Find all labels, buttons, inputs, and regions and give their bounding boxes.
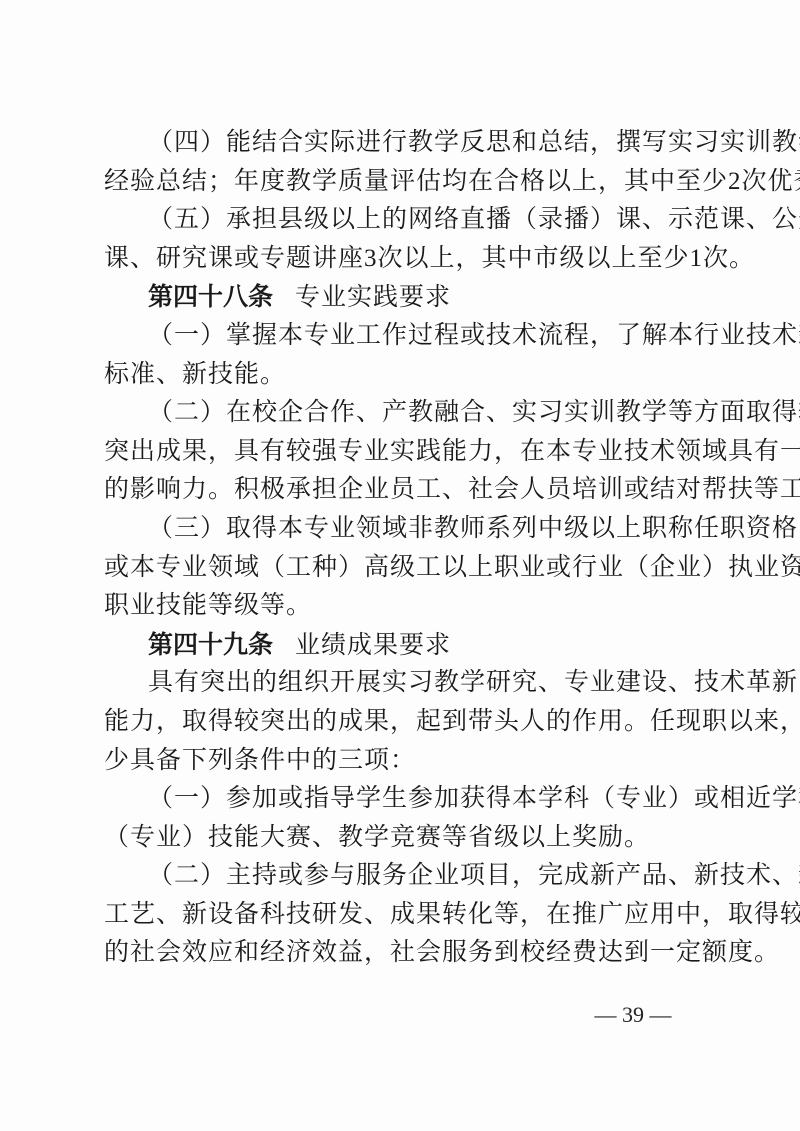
paragraph-line: 能力，取得较突出的成果，起到带头人的作用。任现职以来，至 <box>104 703 698 742</box>
paragraph-line: 职业技能等级等。 <box>104 587 698 626</box>
paragraph-line: 的社会效应和经济效益，社会服务到校经费达到一定额度。 <box>104 934 698 973</box>
page-number: — 39 — <box>592 1000 674 1030</box>
paragraph-line: （三）取得本专业领域非教师系列中级以上职称任职资格， <box>104 510 698 549</box>
article-heading-49: 第四十九条业绩成果要求 <box>104 626 698 665</box>
article-title: 专业实践要求 <box>295 284 451 311</box>
paragraph-line: 课、研究课或专题讲座3次以上，其中市级以上至少1次。 <box>104 240 698 279</box>
paragraph-line: （五）承担县级以上的网络直播（录播）课、示范课、公开 <box>104 201 698 240</box>
article-number: 第四十八条 <box>148 282 273 311</box>
paragraph-line: 工艺、新设备科技研发、成果转化等，在推广应用中，取得较好 <box>104 896 698 935</box>
paragraph-line: （一）参加或指导学生参加获得本学科（专业）或相近学科 <box>104 780 698 819</box>
paragraph-line: （专业）技能大赛、教学竞赛等省级以上奖励。 <box>104 819 698 858</box>
paragraph-line: 的影响力。积极承担企业员工、社会人员培训或结对帮扶等工作。 <box>104 471 698 510</box>
article-title: 业绩成果要求 <box>295 632 451 659</box>
paragraph-line: 具有突出的组织开展实习教学研究、专业建设、技术革新的 <box>104 664 698 703</box>
document-page: （四）能结合实际进行教学反思和总结，撰写实习实训教学 经验总结；年度教学质量评估… <box>0 0 800 1131</box>
document-body: （四）能结合实际进行教学反思和总结，撰写实习实训教学 经验总结；年度教学质量评估… <box>104 124 698 973</box>
paragraph-line: 或本专业领域（工种）高级工以上职业或行业（企业）执业资格、 <box>104 549 698 588</box>
paragraph-line: 少具备下列条件中的三项： <box>104 742 698 781</box>
paragraph-line: 突出成果，具有较强专业实践能力，在本专业技术领域具有一定 <box>104 433 698 472</box>
paragraph-line: （四）能结合实际进行教学反思和总结，撰写实习实训教学 <box>104 124 698 163</box>
paragraph-line: （一）掌握本专业工作过程或技术流程，了解本行业技术新 <box>104 317 698 356</box>
article-heading-48: 第四十八条专业实践要求 <box>104 278 698 317</box>
paragraph-line: （二）在校企合作、产教融合、实习实训教学等方面取得较 <box>104 394 698 433</box>
article-number: 第四十九条 <box>148 630 273 659</box>
paragraph-line: 标准、新技能。 <box>104 356 698 395</box>
paragraph-line: （二）主持或参与服务企业项目，完成新产品、新技术、新 <box>104 857 698 896</box>
paragraph-line: 经验总结；年度教学质量评估均在合格以上，其中至少2次优秀。 <box>104 163 698 202</box>
